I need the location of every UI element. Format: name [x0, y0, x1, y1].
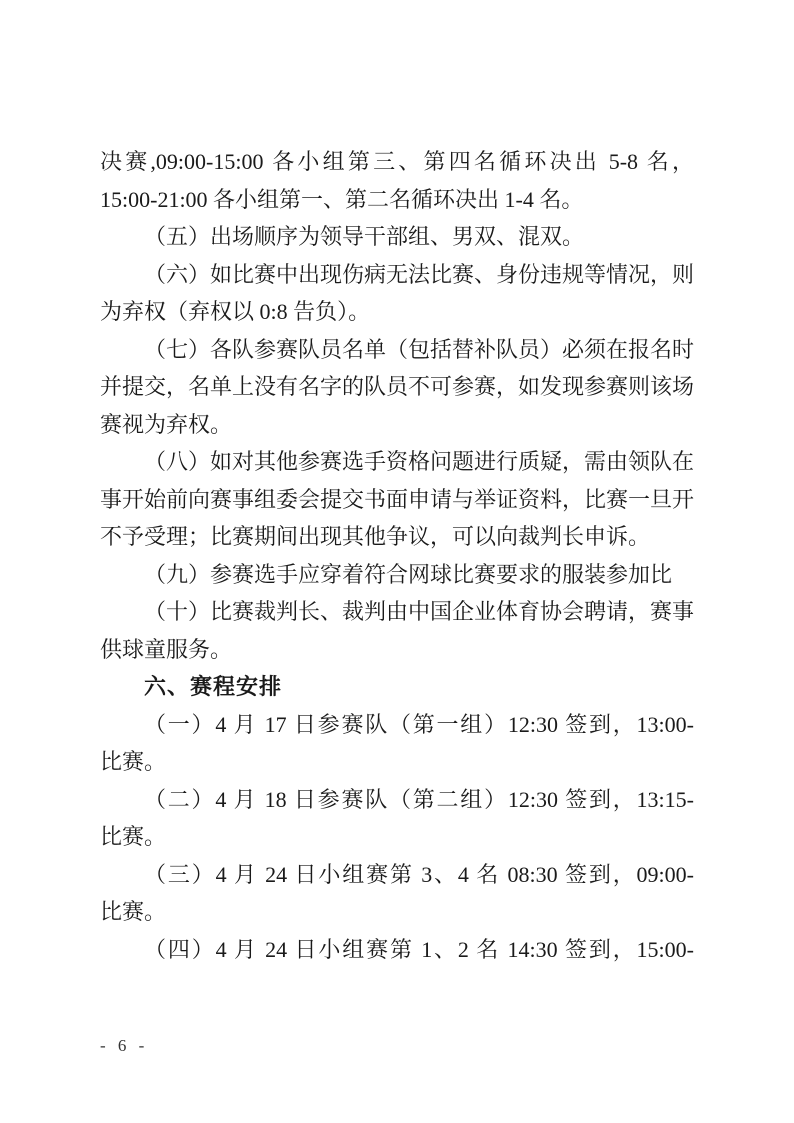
- text-line: 赛视为弃权。: [100, 406, 694, 444]
- page-number: - 6 -: [100, 1036, 148, 1056]
- document-page: 决赛,09:00-15:00 各小组第三、第四名循环决出 5-8 名，15:00…: [0, 0, 794, 1123]
- section-heading: 六、赛程安排: [100, 668, 694, 706]
- text-line: 15:00-21:00 各小组第一、第二名循环决出 1-4 名。: [100, 181, 694, 219]
- text-line: （八）如对其他参赛选手资格问题进行质疑，需由领队在赛: [100, 443, 694, 481]
- text-line: （七）各队参赛队员名单（包括替补队员）必须在报名时一: [100, 331, 694, 369]
- text-line: （十）比赛裁判长、裁判由中国企业体育协会聘请，赛事提: [100, 593, 694, 631]
- text-line: （一）4 月 17 日参赛队（第一组）12:30 签到，13:00-19:00: [100, 706, 694, 744]
- text-line: 比赛。: [100, 893, 694, 931]
- text-line: 供球童服务。: [100, 631, 694, 669]
- text-line: （三）4 月 24 日小组赛第 3、4 名 08:30 签到，09:00-14:…: [100, 856, 694, 894]
- text-line: 不予受理；比赛期间出现其他争议，可以向裁判长申诉。: [100, 518, 694, 556]
- text-line: （二）4 月 18 日参赛队（第二组）12:30 签到，13:15-19:00: [100, 781, 694, 819]
- text-line: 比赛。: [100, 743, 694, 781]
- text-line: （六）如比赛中出现伤病无法比赛、身份违规等情况，则视: [100, 256, 694, 294]
- text-line: （九）参赛选手应穿着符合网球比赛要求的服装参加比赛。: [100, 556, 694, 594]
- text-line: 事开始前向赛事组委会提交书面申请与举证资料，比赛一旦开始，: [100, 481, 694, 519]
- document-body: 决赛,09:00-15:00 各小组第三、第四名循环决出 5-8 名，15:00…: [100, 143, 694, 968]
- text-line: 决赛,09:00-15:00 各小组第三、第四名循环决出 5-8 名，: [100, 143, 694, 181]
- text-line: 为弃权（弃权以 0:8 告负）。: [100, 293, 694, 331]
- text-line: （五）出场顺序为领导干部组、男双、混双。: [100, 218, 694, 256]
- text-line: 比赛。: [100, 818, 694, 856]
- text-line: （四）4 月 24 日小组赛第 1、2 名 14:30 签到，15:00-21:…: [100, 931, 694, 969]
- text-line: 并提交，名单上没有名字的队员不可参赛，如发现参赛则该场比: [100, 368, 694, 406]
